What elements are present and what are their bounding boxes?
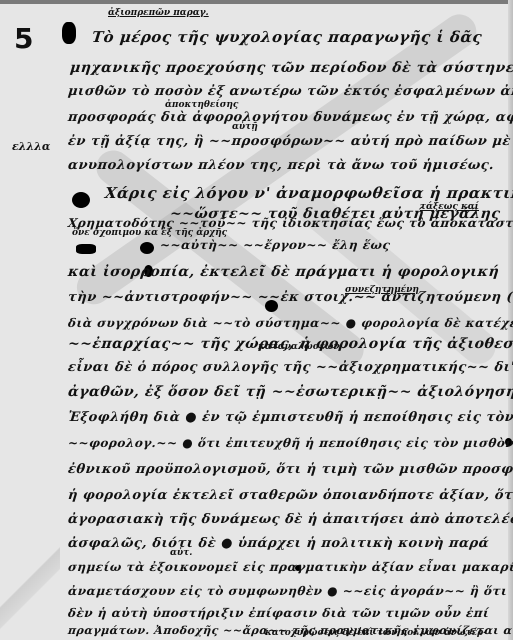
text-line: καὶ ἰσορροπία, ἐκτελεῖ δὲ πράγματι ἡ φορ… (67, 264, 500, 280)
text-line: Χάρις εἰς λόγου ν' ἀναμορφωθεῖσα ἡ πρακτ… (104, 184, 513, 202)
text-line: ἐν τῇ ἀξίᾳ της, ἢ ~~προσφόρων~~ αὐτή πρὸ… (67, 134, 513, 149)
text-line: ~~ἐπαρχίας~~ τῆς χώρας, ἡ φορολογία τῆς … (67, 336, 513, 352)
page-number: 5 (14, 22, 33, 55)
ink-blot (72, 192, 90, 208)
text-line: διὰ συγχρόνων διὰ ~~τὸ σύστημα~~ ● φορολ… (67, 316, 513, 330)
interlinear-insertion: ἀξιοπρεπῶν παραγ. (108, 8, 209, 18)
ink-blot (76, 244, 96, 254)
text-line: Χρηματοδότης ~~τοῦ~~ τῆς ἰδιοκτησίας ἕως… (67, 216, 513, 230)
text-line: ἐθνικοῦ προϋπολογισμοῦ, ὅτι ἡ τιμὴ τῶν μ… (67, 462, 513, 477)
text-line: ἀγορασιακὴ τῆς δυνάμεως δὲ ἡ ἀπαιτήσει ἀ… (67, 512, 513, 527)
text-line: Τὸ μέρος τῆς ψυχολογίας παραγωγῆς ἱ δᾶς (91, 28, 483, 46)
manuscript-page: 5 ελλλα ἀξιοπρεπῶν παραγ. ἀποκτηθείσης α… (0, 0, 513, 640)
ink-blot (62, 22, 76, 44)
text-line: μισθῶν τὸ ποσὸν ἐξ ανωτέρω τῶν ἐκτός ἐσφ… (67, 84, 513, 99)
text-line: ~~φορολογ.~~ ● ὅτι ἐπιτευχθῆ ἡ πεποίθησι… (67, 436, 513, 450)
text-line: σημείω τὰ ἐξοικονομεῖ εἰς πραγματικὴν ἀξ… (67, 560, 513, 574)
margin-note: ελλλα (12, 140, 50, 153)
ink-blot (140, 242, 154, 254)
text-line: εἶναι δὲ ὁ πόρος συλλογῆς τῆς ~~ἀξιοχρημ… (67, 360, 513, 375)
text-line: ανυπολογίστων πλέον της, περὶ τὰ ἄνω τοῦ… (67, 158, 495, 173)
text-line: ἀσφαλῶς, διότι δὲ ● ὑπάρχει ἡ πολιτικὴ κ… (67, 536, 490, 551)
text-line: ἀγαθῶν, ἐξ ὅσον δεῖ τῇ ~~ἐσωτερικῇ~~ ἀξι… (67, 384, 513, 400)
text-line: Ἐξοφλήθη διὰ ● ἐν τῷ ἐμπιστευθῆ ἡ πεποίθ… (67, 410, 513, 425)
text-line: ἀναμετάσχουν εἰς τὸ συμφωνηθὲν ● ~~εἰς ἀ… (67, 584, 508, 598)
text-line: προσφοράς διὰ ἀφορολογήτου δυνάμεως ἐν τ… (67, 110, 513, 125)
interlinear-insertion: ἀποκτηθείσης (165, 100, 238, 110)
text-line: ~~αὐτὴ~~ ~~ἔργον~~ ἔλη ἕως (159, 238, 391, 252)
text-line: τὴν ~~ἀντιστροφήν~~ ~~ἐκ στοιχ.~~ ἀντιζη… (67, 290, 513, 305)
text-line: πραγμάτων. Ἀποδοχῆς ~~ἄρα~~ τῆς πραγματι… (67, 624, 513, 637)
scan-top-edge (0, 0, 513, 4)
text-line: μηχανικῆς προεχούσης τῶν περίοδον δὲ τὰ … (69, 60, 513, 76)
text-line: ἡ φορολογία ἐκτελεῖ σταθερῶν ὁποιανδήποτ… (67, 488, 513, 503)
page-corner-fold (0, 520, 60, 640)
text-line: δὲν ἡ αὐτὴ ὑποστήριξιν ἐπίφασιν διὰ τῶν … (67, 606, 490, 620)
